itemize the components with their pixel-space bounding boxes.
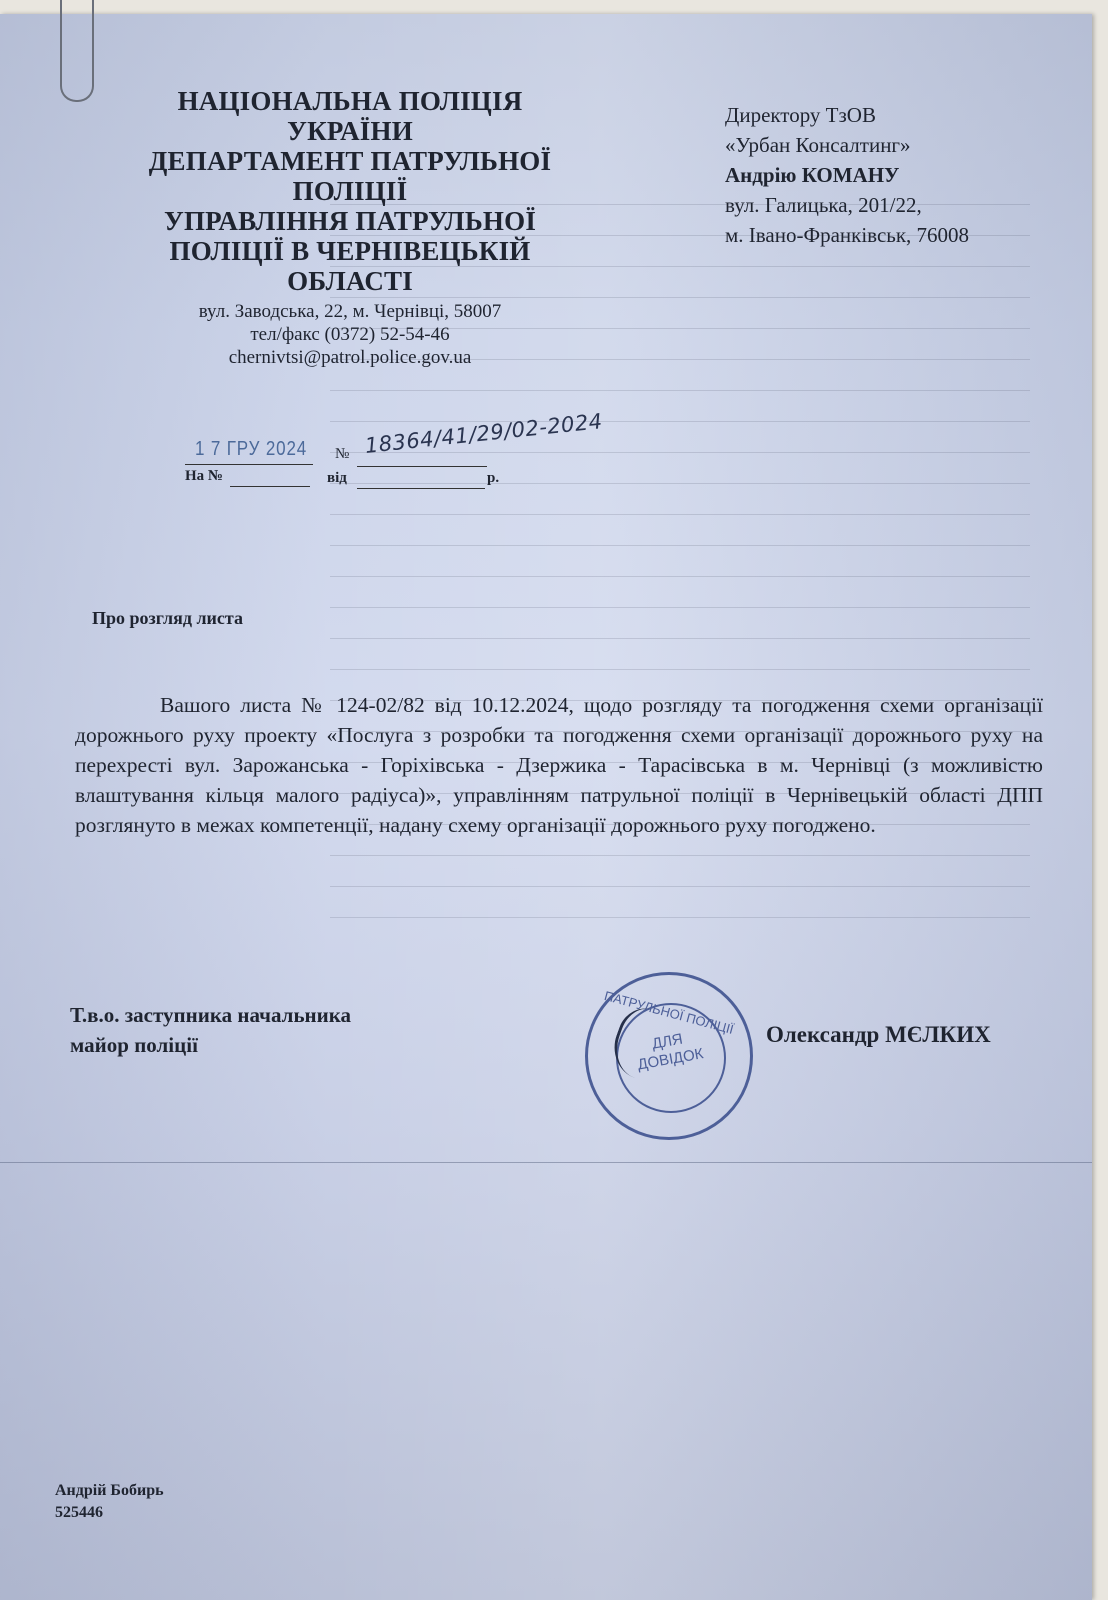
recipient-name: Андрію КОМАНУ (725, 160, 969, 190)
org-line: УКРАЇНИ (100, 116, 600, 146)
letter-body: Вашого листа № 124-02/82 від 10.12.2024,… (75, 690, 1043, 840)
executor-block: Андрій Бобирь 525446 (55, 1480, 164, 1524)
reply-to-label: На № (185, 468, 223, 485)
letterhead-address: вул. Заводська, 22, м. Чернівці, 58007 (100, 300, 600, 323)
number-underline (357, 466, 487, 467)
letterhead-contacts: вул. Заводська, 22, м. Чернівці, 58007 т… (100, 300, 600, 369)
recipient-company: «Урбан Консалтинг» (725, 130, 969, 160)
from-label: від (327, 470, 347, 487)
executor-phone: 525446 (55, 1502, 164, 1524)
recipient-position: Директору ТзОВ (725, 100, 969, 130)
org-line: ОБЛАСТІ (100, 266, 600, 296)
org-line: УПРАВЛІННЯ ПАТРУЛЬНОЇ (100, 206, 600, 236)
fold-line (0, 1162, 1092, 1163)
date-underline (185, 464, 313, 465)
org-line: ДЕПАРТАМЕНТ ПАТРУЛЬНОЇ (100, 146, 600, 176)
recipient-block: Директору ТзОВ «Урбан Консалтинг» Андрію… (725, 100, 969, 250)
letterhead-phone: тел/факс (0372) 52-54-46 (100, 323, 600, 346)
org-line: ПОЛІЦІЇ (100, 176, 600, 206)
executor-name: Андрій Бобирь (55, 1480, 164, 1502)
org-line: НАЦІОНАЛЬНА ПОЛІЦІЯ (100, 86, 600, 116)
recipient-street: вул. Галицька, 201/22, (725, 190, 969, 220)
from-date-field (357, 488, 485, 489)
recipient-city: м. Івано-Франківськ, 76008 (725, 220, 969, 250)
org-line: ПОЛІЦІЇ В ЧЕРНІВЕЦЬКІЙ (100, 236, 600, 266)
date-stamp: 1 7 ГРУ 2024 (195, 438, 307, 461)
letter-subject: Про розгляд листа (92, 608, 243, 629)
paperclip-icon (60, 0, 94, 102)
signatory-rank: майор поліції (70, 1030, 351, 1060)
signatory-position: Т.в.о. заступника начальника майор поліц… (70, 1000, 351, 1060)
number-label: № (335, 446, 349, 463)
signatory-position-line1: Т.в.о. заступника начальника (70, 1000, 351, 1030)
letterhead: НАЦІОНАЛЬНА ПОЛІЦІЯ УКРАЇНИ ДЕПАРТАМЕНТ … (100, 86, 600, 369)
year-suffix: р. (487, 470, 499, 487)
signatory-name: Олександр МЄЛКИХ (766, 1022, 991, 1048)
registration-block: 1 7 ГРУ 2024 № 18364/41/29/02-2024 На № … (185, 438, 655, 498)
reply-to-field (230, 486, 310, 487)
letterhead-email: chernivtsi@patrol.police.gov.ua (100, 346, 600, 369)
